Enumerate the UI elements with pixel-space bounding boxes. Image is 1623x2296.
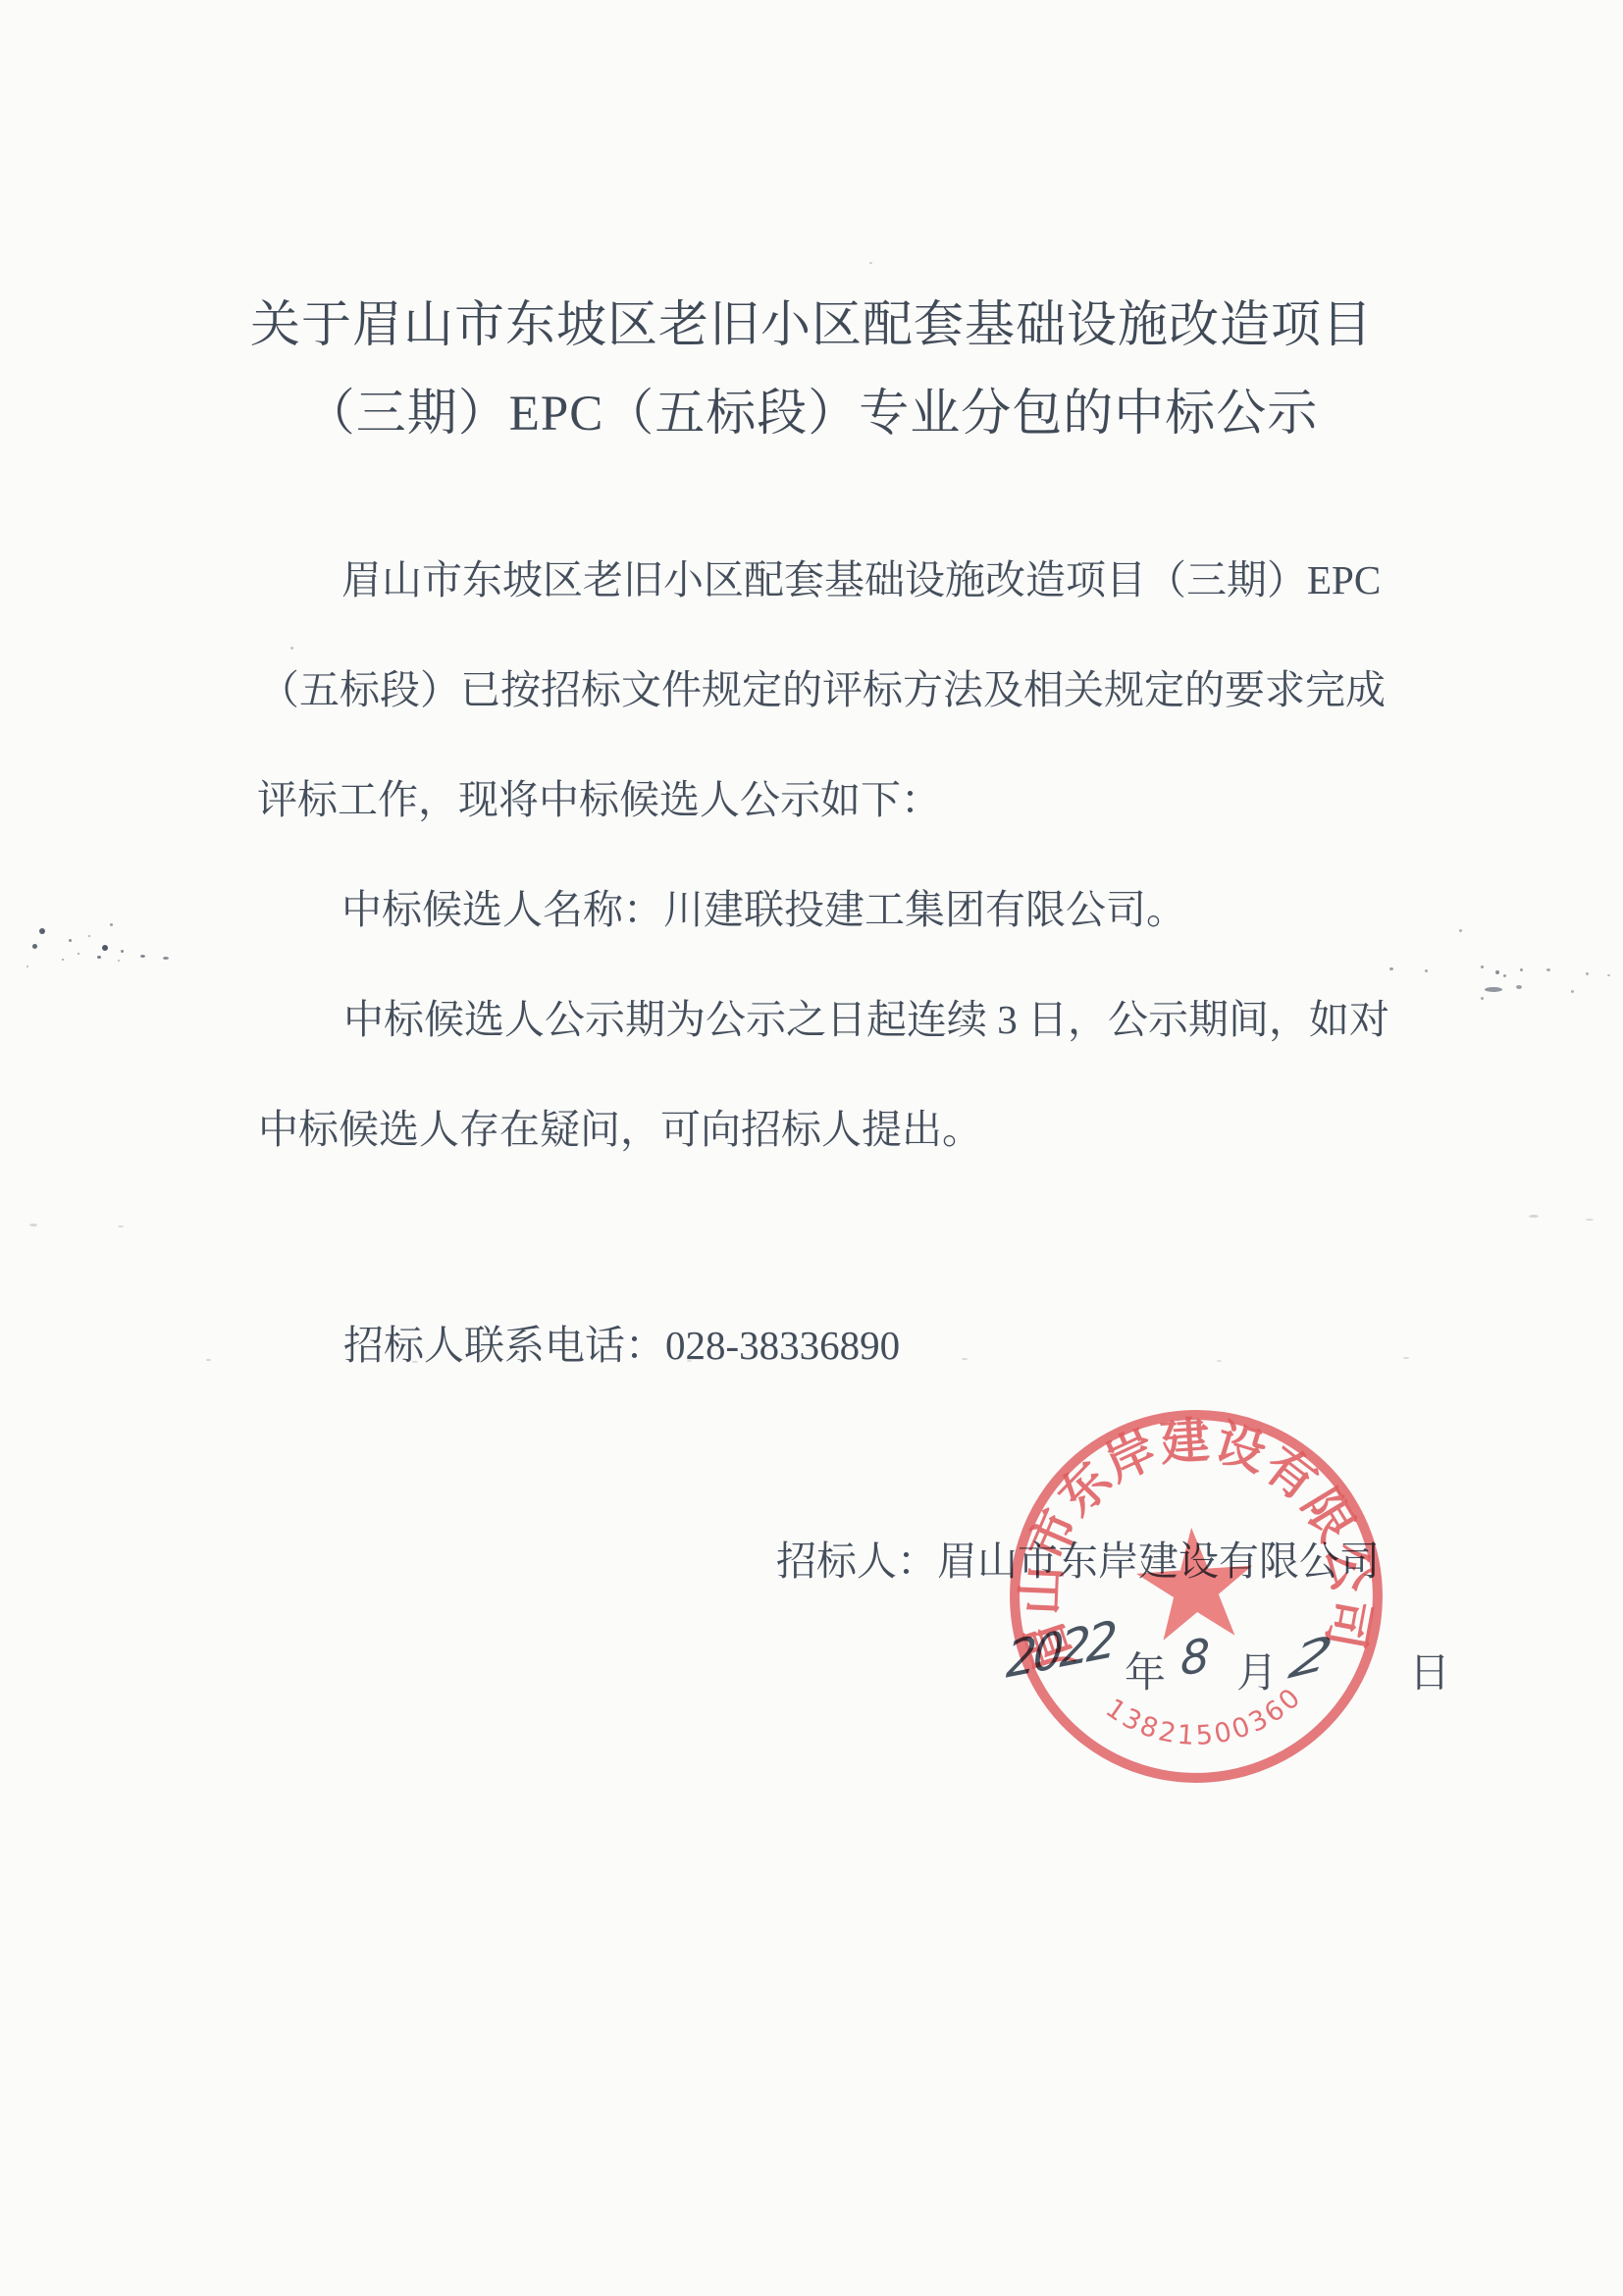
noise-speck [1217, 1360, 1222, 1362]
noise-speck [118, 1226, 124, 1227]
noise-speck [1481, 965, 1484, 968]
company-seal-stamp: 眉山市东岸建设有限公司 5138215003606 [985, 1385, 1406, 1806]
signer-line: 招标人：眉山市东岸建设有限公司 [776, 1529, 1380, 1587]
body-para1-line3: 评标工作，现将中标候选人公示如下： [257, 767, 941, 825]
noise-speck [118, 960, 120, 962]
noise-speck [1586, 1219, 1594, 1221]
noise-speck [1403, 1357, 1409, 1359]
noise-speck [29, 1224, 37, 1226]
noise-speck [32, 944, 37, 949]
noise-speck [69, 939, 72, 942]
body-para1-line1: 眉山市东坡区老旧小区配套基础设施改造项目（三期）EPC [341, 548, 1381, 605]
noise-speck [102, 945, 108, 951]
body-para3-line1: 中标候选人公示期为公示之日起连续 3 日，公示期间，如对 [343, 987, 1389, 1045]
date-month-unit: 月 [1236, 1641, 1278, 1699]
body-para1-line2: （五标段）已按招标文件规定的评标方法及相关规定的要求完成 [259, 657, 1386, 715]
noise-speck [62, 959, 64, 961]
noise-speck [1520, 968, 1523, 971]
noise-speck [1529, 1215, 1539, 1218]
noise-speck [1495, 970, 1499, 974]
noise-speck [1425, 969, 1428, 972]
body-para3-line2: 中标候选人存在疑问，可向招标人提出。 [258, 1097, 982, 1155]
document-title-line-1: 关于眉山市东坡区老旧小区配套基础设施改造项目 [0, 284, 1623, 356]
noise-speck [1516, 985, 1522, 989]
body-para2-line1: 中标候选人名称：川建联投建工集团有限公司。 [341, 877, 1186, 935]
noise-speck [78, 953, 79, 955]
noise-speck [1546, 968, 1550, 971]
noise-speck [1481, 997, 1484, 1000]
noise-speck [869, 262, 872, 264]
noise-speck [1503, 974, 1506, 977]
noise-speck [1485, 987, 1502, 992]
noise-speck [26, 965, 28, 967]
noise-speck [1459, 929, 1462, 932]
noise-speck [97, 956, 101, 959]
noise-speck [163, 957, 169, 960]
date-year-unit: 年 [1125, 1641, 1166, 1699]
noise-speck [39, 928, 45, 934]
handwritten-month: 8 [1180, 1629, 1211, 1687]
noise-speck [121, 950, 124, 953]
contact-phone-line: 招标人联系电话：028-38336890 [343, 1313, 900, 1371]
scanned-document-page: 眉山市东岸建设有限公司 5138215003606 关于眉山市东坡区老旧小区配套… [0, 0, 1623, 2296]
noise-speck [1571, 990, 1574, 993]
document-title-line-2: （三期）EPC（五标段）专业分包的中标公示 [0, 372, 1623, 444]
noise-speck [1607, 974, 1610, 976]
noise-speck [290, 647, 293, 650]
noise-speck [1389, 967, 1393, 970]
date-day-unit: 日 [1409, 1641, 1450, 1699]
noise-speck [206, 1359, 211, 1361]
noise-speck [962, 1358, 968, 1360]
noise-speck [110, 923, 113, 926]
noise-speck [140, 955, 145, 958]
noise-speck [88, 935, 90, 937]
noise-speck [1586, 972, 1589, 975]
